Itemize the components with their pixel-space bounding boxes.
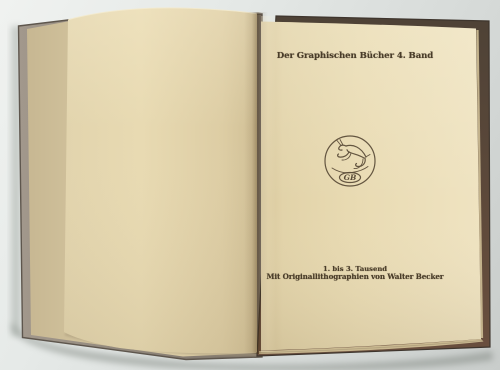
leaping-deer-icon [337, 140, 370, 169]
monogram-text: GB [344, 173, 357, 182]
publisher-emblem: GB [319, 131, 381, 195]
series-title-line: Der Graphischen Bücher 4. Band [225, 51, 485, 62]
gutter-highlight [261, 16, 276, 352]
photo-backdrop: Der Graphischen Bücher 4. Band GB 1. bis… [0, 0, 500, 370]
lithographs-credit-line: Mit Originallithographien von Walter Bec… [225, 273, 485, 281]
